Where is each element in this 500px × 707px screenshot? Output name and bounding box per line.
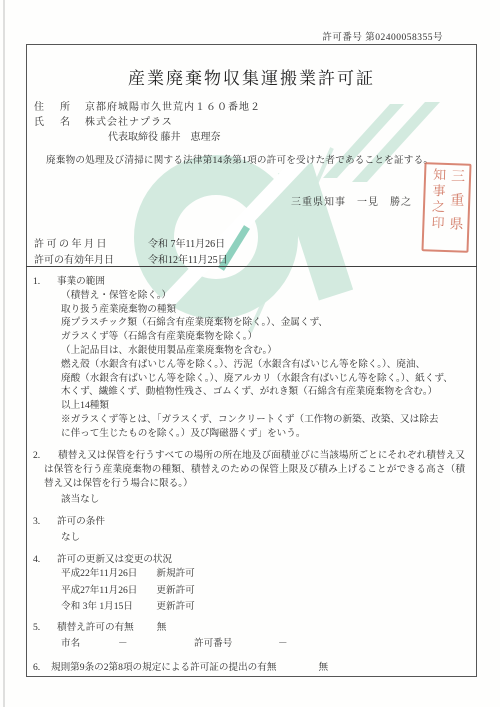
history-date: 平成22年11月26日: [61, 566, 154, 582]
certification-statement: 廃棄物の処理及び清掃に関する法律第14条第1項の許可を受けた者であることを証する…: [46, 152, 466, 166]
section1-title: 事業の範囲: [57, 275, 105, 289]
address-value: 京都府城陽市久世荒内１６０番地２: [85, 98, 261, 113]
section-renewal-history: 4. 許可の更新又は変更の状況 平成22年11月26日 新規許可 平成27年11…: [32, 553, 467, 616]
permit-no-label: 許可番号: [194, 636, 278, 652]
section-transfer-storage: 2. 積替え又は保管を行うすべての場所の所在地及び面積並びに当該場所ごとにそれぞ…: [32, 449, 467, 507]
history-action: 更新許可: [156, 585, 194, 596]
text-line: ※ガラスくず等とは、「ガラスくず、コンクリートくず（工作物の新築、改築、又は除去: [61, 413, 467, 427]
holder-address-row: 住 所京都府城陽市久世荒内１６０番地２: [34, 98, 261, 113]
section6-number: 6.: [32, 661, 51, 675]
section5-title: 積替え許可の有無: [57, 621, 134, 635]
text-line: 木くず、繊維くず、動植物性残さ、ゴムくず、がれき類（石綿含有産業廃棄物を含む。）: [61, 385, 467, 399]
company-name: 株式会社ナプラス: [85, 113, 173, 128]
section-permit-conditions: 3. 許可の条件 なし: [32, 515, 467, 545]
history-row: 平成27年11月26日 更新許可: [61, 583, 467, 599]
issue-date-value: 令和 7年11月26日: [148, 235, 225, 250]
text-line: 以上14種類: [61, 399, 467, 413]
document-title: 産業廃棄物収集運搬業許可証: [27, 64, 476, 89]
section3-answer: なし: [61, 531, 467, 545]
history-row: 平成22年11月26日 新規許可: [61, 566, 467, 582]
section2-body: 積替え又は保管を行うすべての場所の所在地及び面積並びに当該場所ごとにそれぞれ積替…: [44, 449, 465, 492]
representative-name: 代表取締役 藤井 恵理奈: [108, 128, 221, 143]
issue-date-label: 許 可 の 年 月 日: [34, 235, 134, 250]
valid-date-row: 許可の有効年月日 令和12年11月25日: [34, 251, 134, 266]
governor-seal-stamp: 三重県 知事之印: [421, 162, 471, 253]
permit-number: 許可番号 第02400058355号: [322, 29, 443, 43]
governor-signature: 三重県知事 一見 勝之: [291, 193, 412, 208]
name-label: 氏 名: [34, 113, 73, 128]
history-date: 令和 3年 1月15日: [61, 599, 154, 615]
section6-heading: 6. 規則第9条の2第8項の規定による許可証の提出の有無 無: [32, 661, 467, 675]
section3-number: 3.: [32, 515, 57, 529]
text-line: 廃プラスチック類（石綿含有産業廃棄物を除く。）、金属くず、: [61, 316, 467, 330]
valid-date-label: 許可の有効年月日: [34, 251, 134, 266]
history-row: 令和 3年 1月15日 更新許可: [61, 599, 467, 615]
address-label: 住 所: [34, 98, 73, 113]
section-business-scope: 1. 事業の範囲 （積替え・保管を除く。） 取り扱う産業廃棄物の種類 廃プラスチ…: [32, 275, 467, 441]
section5-detail-row: 市名 － 許可番号 －: [61, 636, 467, 652]
renewal-history-list: 平成22年11月26日 新規許可 平成27年11月26日 更新許可 令和 3年 …: [32, 566, 467, 615]
history-action: 更新許可: [156, 601, 194, 612]
waste-type-list: （積替え・保管を除く。） 取り扱う産業廃棄物の種類 廃プラスチック類（石綿含有産…: [61, 289, 467, 441]
section-transfer-permit-presence: 5. 積替え許可の有無 無 市名 － 許可番号 －: [32, 621, 467, 652]
text-line: ガラスくず等（石綿含有産業廃棄物を除く。）: [61, 330, 467, 344]
seal-column-right: 三重県: [445, 168, 466, 248]
issue-date-row: 許 可 の 年 月 日 令和 7年11月26日: [34, 235, 134, 250]
section3-heading: 3. 許可の条件: [32, 515, 467, 529]
section1-heading: 1. 事業の範囲: [32, 275, 467, 289]
history-action: 新規許可: [156, 568, 194, 579]
section5-heading: 5. 積替え許可の有無 無: [32, 621, 467, 635]
section2-answer: 該当なし: [61, 493, 467, 507]
history-date: 平成27年11月26日: [61, 583, 154, 599]
section6-title: 規則第9条の2第8項の規定による許可証の提出の有無: [51, 661, 276, 675]
section5-number: 5.: [32, 621, 57, 635]
city-value: －: [118, 636, 194, 652]
section-permit-submission: 6. 規則第9条の2第8項の規定による許可証の提出の有無 無: [32, 661, 467, 675]
section1-number: 1.: [32, 275, 57, 289]
section4-heading: 4. 許可の更新又は変更の状況: [32, 553, 467, 567]
text-line: （上記品目は、水銀使用製品産業廃棄物を含む。）: [61, 344, 467, 358]
text-line: 取り扱う産業廃棄物の種類: [61, 303, 467, 317]
text-line: 燃え殻（水銀含有ばいじん等を除く。）、汚泥（水銀含有ばいじん等を除く。）、廃油、: [61, 358, 467, 372]
section4-title: 許可の更新又は変更の状況: [57, 553, 172, 567]
numbered-sections: 1. 事業の範囲 （積替え・保管を除く。） 取り扱う産業廃棄物の種類 廃プラスチ…: [27, 267, 476, 676]
section4-number: 4.: [32, 553, 57, 567]
document-frame: 産業廃棄物収集運搬業許可証 住 所京都府城陽市久世荒内１６０番地２ 氏 名株式会…: [26, 44, 477, 677]
text-line: （積替え・保管を除く。）: [61, 289, 467, 303]
section5-value: 無: [157, 621, 167, 635]
text-line: に伴って生じたものを除く。）及び陶磁器くず」をいう。: [61, 427, 467, 441]
city-label: 市名: [61, 636, 118, 652]
section2-number: 2.: [33, 449, 40, 463]
holder-name-row: 氏 名株式会社ナプラス: [34, 113, 173, 128]
text-line: 廃酸（水銀含有ばいじん等を除く。）、廃アルカリ（水銀含有ばいじん等を除く。）、紙…: [61, 372, 467, 386]
valid-date-value: 令和12年11月25日: [148, 251, 228, 266]
permit-no-value: －: [278, 636, 288, 652]
section6-value: 無: [318, 661, 328, 675]
section3-title: 許可の条件: [57, 515, 105, 529]
